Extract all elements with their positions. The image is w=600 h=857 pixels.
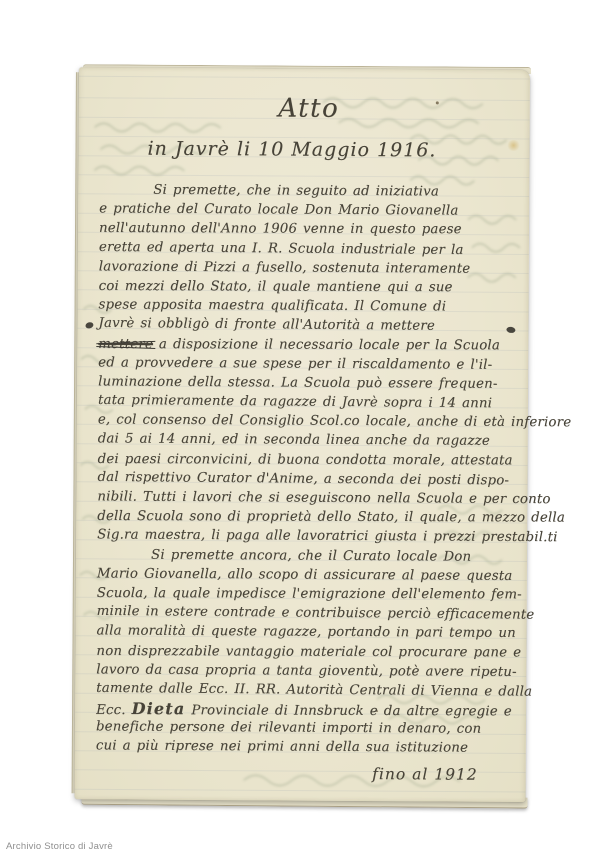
line-text: nell'autunno dell'Anno 1906 venne in que…: [99, 221, 462, 237]
manuscript-line: Mario Giovanella, allo scopo di assicura…: [97, 564, 515, 586]
scanned-document-view: { "watermark": "Archivio Storico di Javr…: [0, 0, 600, 857]
line-text: lavorazione di Pizzi a fusello, sostenut…: [99, 259, 471, 276]
manuscript-line: Javrè si obbligò di fronte all'Autorità …: [98, 314, 516, 337]
manuscript-text: Atto in Javrè li 10 Maggio 1916. Si prem…: [96, 87, 518, 783]
line-text: Ecc.: [96, 703, 132, 718]
paper-sheet: Atto in Javrè li 10 Maggio 1916. Si prem…: [75, 67, 530, 802]
line-text: benefiche persone dei rilevanti importi …: [96, 720, 481, 737]
manuscript-line: coi mezzi dello Stato, il quale mantiene…: [99, 277, 517, 298]
line-text: Si premette ancora, che il Curato locale…: [151, 547, 471, 564]
line-text: non disprezzabile vantaggio materiale co…: [96, 643, 521, 659]
line-text: dei paesi circonvicini, di buona condott…: [98, 452, 513, 468]
manuscript-line: non disprezzabile vantaggio materiale co…: [96, 641, 514, 662]
manuscript-line: Ecc. Dieta Provinciale di Innsbruck e da…: [96, 699, 514, 720]
line-text: Sig.ra maestra, li paga alle lavoratrici…: [97, 528, 558, 546]
manuscript-line: minile in estere contrade e contribuisce…: [97, 602, 515, 625]
line-text: lavoro da casa propria a tanta gioventù,…: [96, 662, 517, 680]
line-text: a disposizione il necessario locale per …: [153, 337, 500, 353]
paragraph-2: Si premette ancora, che il Curato locale…: [96, 545, 515, 759]
manuscript-line: della Scuola sono di proprietà dello Sta…: [97, 507, 515, 528]
document-title: Atto: [100, 87, 518, 130]
paragraph-1: Si premette, che in seguito ad iniziativ…: [97, 180, 517, 547]
manuscript-line: Si premette ancora, che il Curato locale…: [97, 545, 515, 567]
manuscript-line: dal rispettivo Curator d'Anime, a second…: [97, 468, 515, 491]
line-text: luminazione della stessa. La Scuola può …: [98, 374, 498, 391]
line-text: Si premette, che in seguito ad iniziativ…: [153, 183, 439, 200]
manuscript-page: Atto in Javrè li 10 Maggio 1916. Si prem…: [75, 67, 530, 802]
manuscript-line: dai 5 ai 14 anni, ed in seconda linea an…: [98, 430, 516, 452]
line-text: spese apposita maestra qualificata. Il C…: [99, 297, 447, 314]
manuscript-line: eretta ed aperta una I. R. Scuola indust…: [99, 237, 517, 260]
line-text: nibili. Tutti i lavori che si eseguiscon…: [97, 489, 550, 507]
archive-watermark: Archivio Storico di Javrè: [6, 841, 113, 852]
line-text: Mario Giovanella, allo scopo di assicura…: [97, 566, 513, 584]
strike-text: mettere: [98, 336, 153, 351]
manuscript-line: lavorazione di Pizzi a fusello, sostenut…: [99, 257, 517, 279]
bold-text: Dieta: [132, 699, 186, 718]
line-text: Scuola, la quale impedisce l'emigrazione…: [97, 586, 522, 602]
line-text: minile in estere contrade e contribuisce…: [97, 604, 535, 623]
line-text: e, col consenso del Consiglio Scol.co lo…: [98, 413, 572, 431]
line-text: coi mezzi dello Stato, il quale mantiene…: [99, 279, 453, 295]
document-dateline: in Javrè li 10 Maggio 1916.: [147, 132, 517, 168]
manuscript-line: mettere a disposizione il necessario loc…: [98, 334, 516, 355]
line-text: della Scuola sono di proprietà dello Sta…: [97, 509, 565, 526]
line-text: tata primieramente da ragazze di Javrè s…: [98, 393, 492, 411]
line-text: ed a provvedere a sue spese per il risca…: [98, 355, 492, 372]
line-text: e pratiche del Curato locale Don Mario G…: [99, 202, 458, 219]
closing-note: fino al 1912: [96, 763, 514, 784]
manuscript-line: Si premette, che in seguito ad iniziativ…: [99, 180, 517, 202]
line-text: tamente dalle Ecc. II. RR. Autorità Cent…: [96, 681, 532, 700]
manuscript-line: e, col consenso del Consiglio Scol.co lo…: [98, 411, 516, 433]
line-text: Javrè si obbligò di fronte all'Autorità …: [98, 316, 435, 334]
line-text: dal rispettivo Curator d'Anime, a second…: [97, 470, 509, 489]
line-text: dai 5 ai 14 anni, ed in seconda linea an…: [98, 432, 490, 449]
manuscript-line: ed a provvedere a sue spese per il risca…: [98, 353, 516, 375]
manuscript-line: Sig.ra maestra, li paga alle lavoratrici…: [97, 526, 515, 548]
manuscript-line: alla moralità di queste ragazze, portand…: [97, 622, 515, 644]
manuscript-line: dei paesi circonvicini, di buona condott…: [98, 450, 516, 471]
manuscript-line: nibili. Tutti i lavori che si eseguiscon…: [97, 487, 515, 509]
line-text: Provinciale di Innsbruck e da altre egre…: [185, 703, 512, 719]
line-text: eretta ed aperta una I. R. Scuola indust…: [99, 239, 464, 257]
manuscript-line: tamente dalle Ecc. II. RR. Autorità Cent…: [96, 679, 514, 702]
manuscript-line: benefiche persone dei rilevanti importi …: [96, 718, 514, 740]
manuscript-line: cui a più riprese nei primi anni della s…: [96, 737, 514, 759]
manuscript-line: tata primieramente da ragazze di Javrè s…: [98, 391, 516, 414]
line-text: cui a più riprese nei primi anni della s…: [96, 739, 468, 756]
manuscript-line: nell'autunno dell'Anno 1906 venne in que…: [99, 219, 517, 240]
line-text: alla moralità di queste ragazze, portand…: [97, 624, 516, 642]
manuscript-line: e pratiche del Curato locale Don Mario G…: [99, 200, 517, 222]
